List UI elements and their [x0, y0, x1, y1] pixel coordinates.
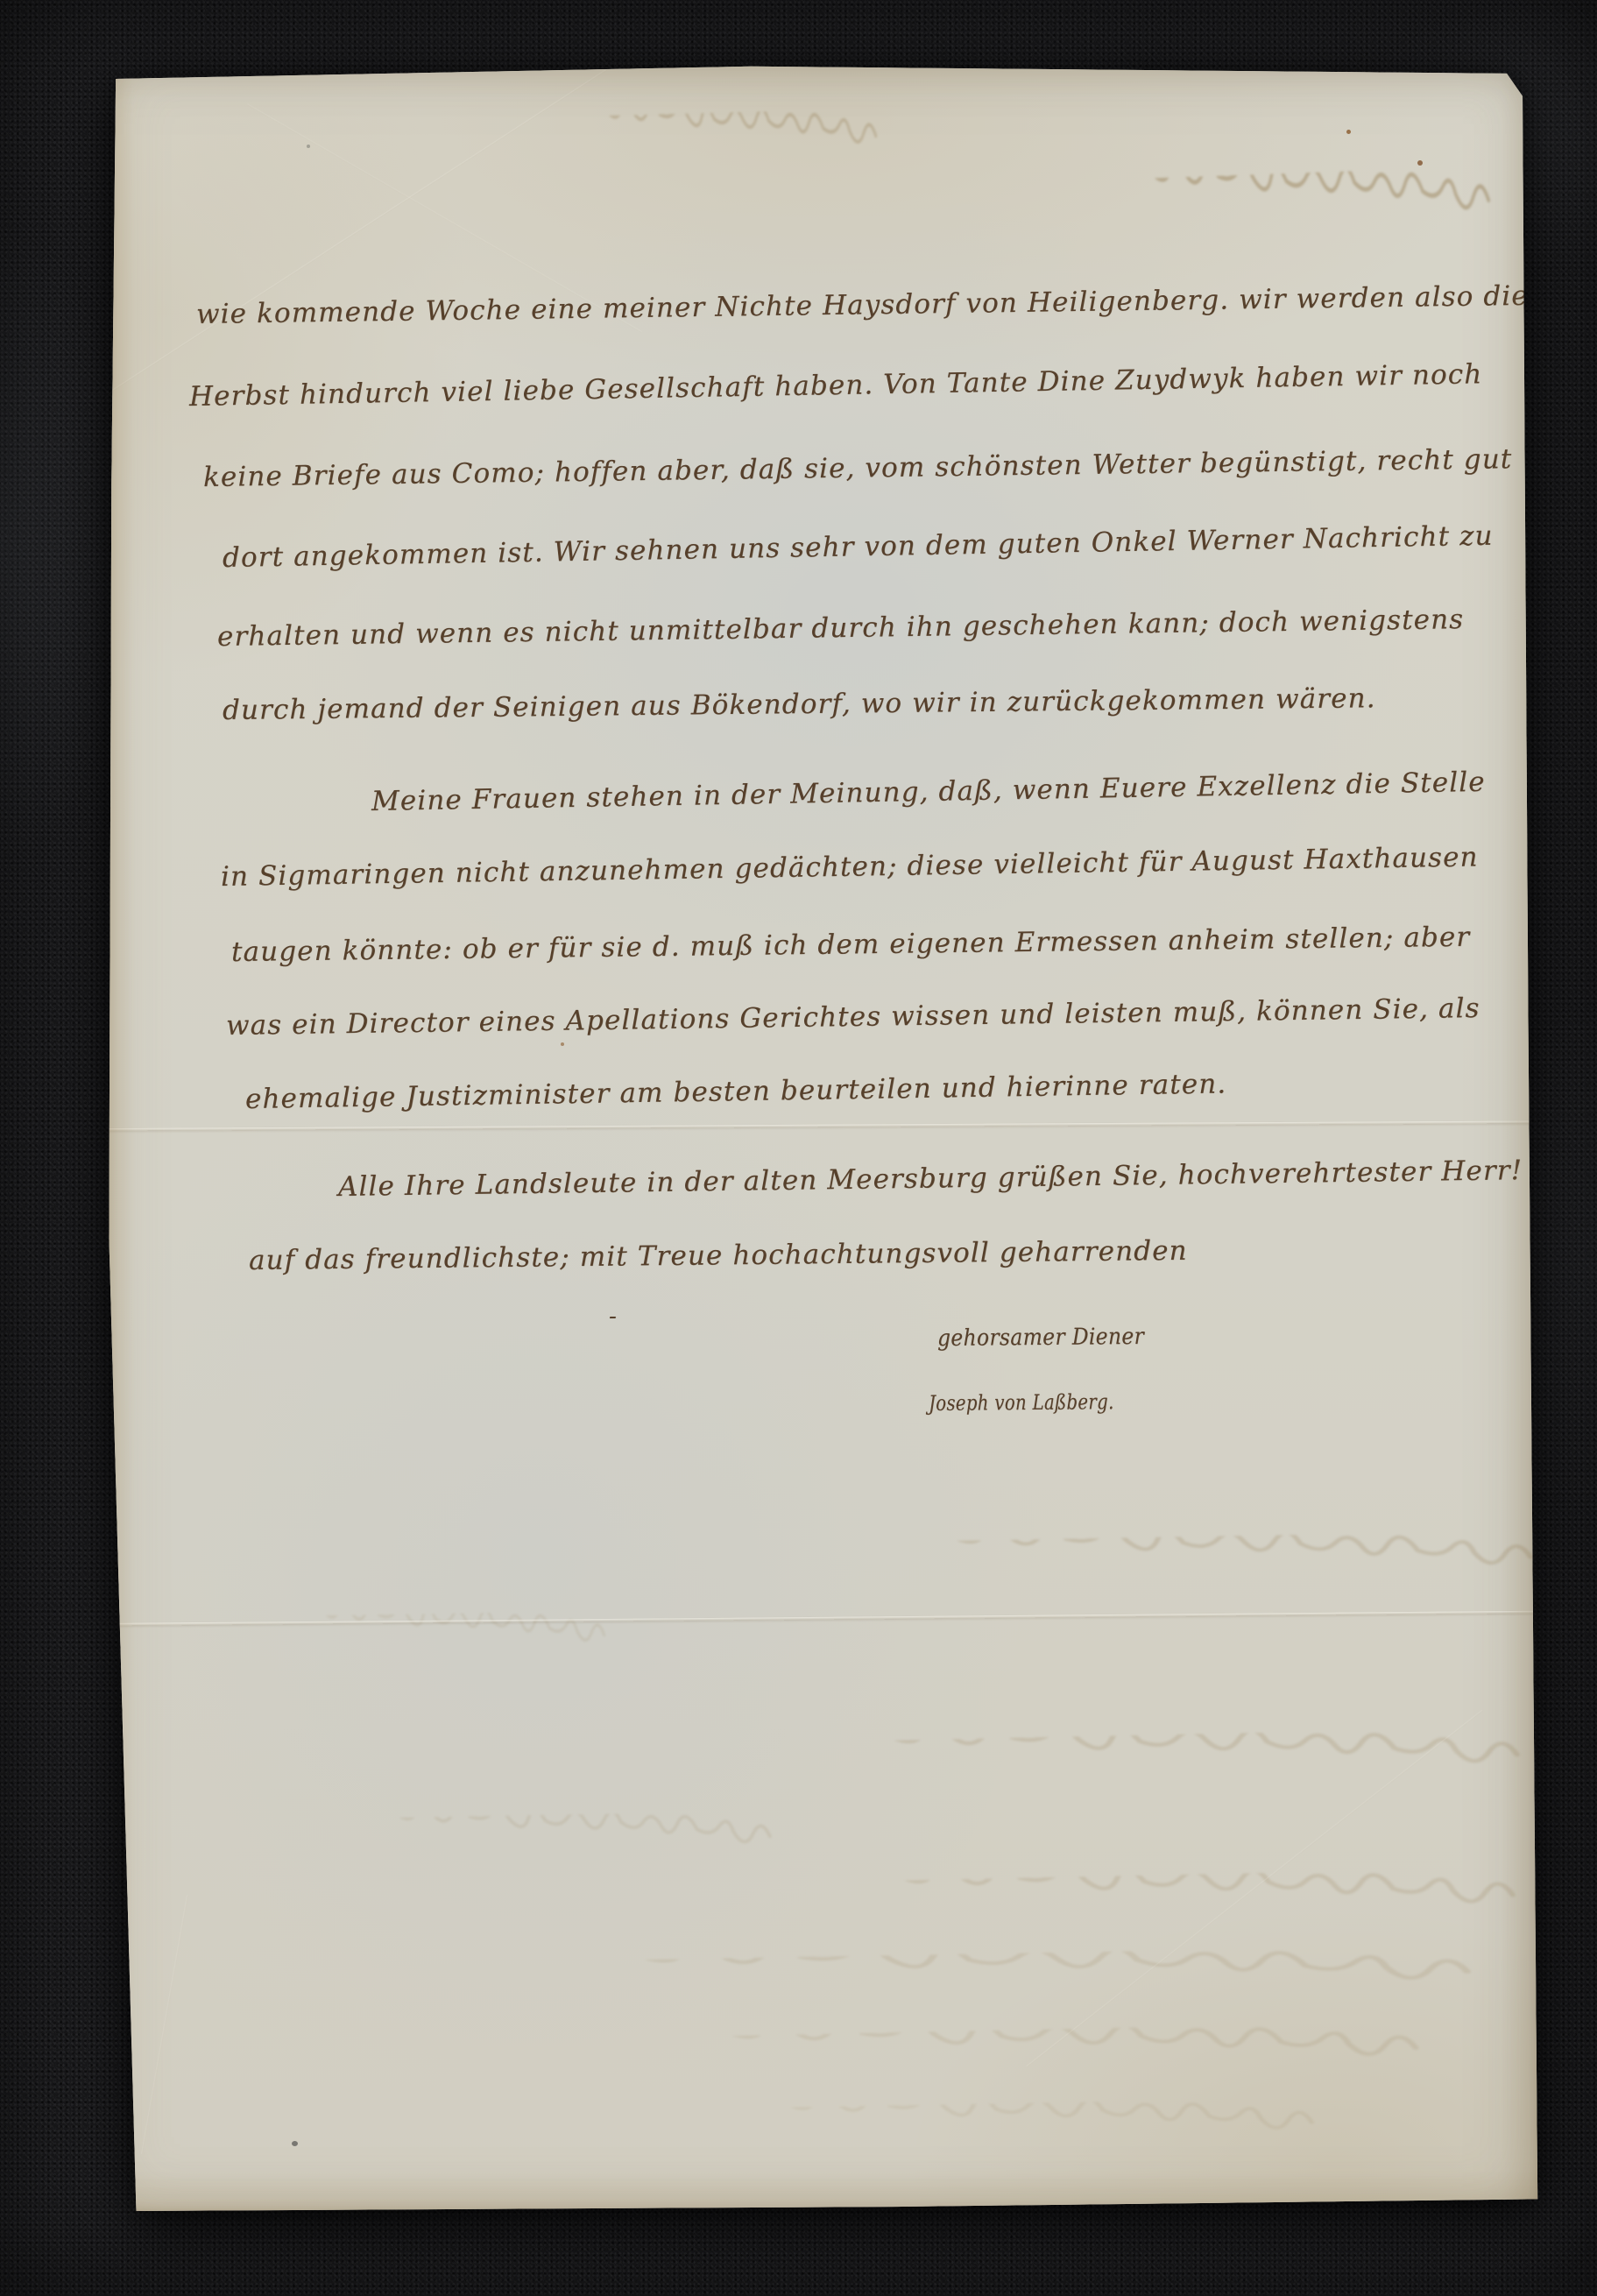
signature: Joseph von Laßberg. [929, 1391, 1114, 1414]
letter-line-6: durch jemand der Seinigen aus Bökendorf,… [223, 685, 1376, 724]
bleedthrough-line [186, 1611, 607, 1658]
fold-crease-lower [107, 1611, 1538, 1626]
letter-page: wie kommende Woche eine meiner Nichte Ha… [107, 51, 1538, 2211]
dark-fleck [292, 2141, 298, 2146]
letter-line-11: ehemalige Justizminister am besten beurt… [245, 1070, 1227, 1113]
letter-line-10: was ein Director eines Apellations Geric… [226, 995, 1480, 1040]
letter-line-4: dort angekommen ist. Wir sehnen uns sehr… [223, 523, 1494, 572]
bleedthrough-line [527, 2098, 1317, 2152]
small-rust-speck [561, 1042, 564, 1046]
bleedthrough-line [668, 1530, 1536, 1589]
letter-line-2: Herbst hindurch viel liebe Gesellschaft … [189, 361, 1483, 411]
closing-dash: - [609, 1305, 618, 1328]
letter-line-3: keine Briefe aus Como; hoffen aber, daß … [203, 446, 1513, 491]
letter-line-13: auf das freundlichste; mit Treue hochach… [249, 1238, 1188, 1275]
bleedthrough-line [230, 1946, 1474, 2011]
diagonal-crease-bottomright [1026, 1710, 1482, 2067]
letter-line-7: Meine Frauen stehen in der Meinung, daß,… [371, 769, 1486, 816]
bleedthrough-line [597, 1868, 1518, 1932]
letter-line-8: in Sigmaringen nicht anzunehmen gedächte… [221, 844, 1479, 891]
rust-speck [1346, 130, 1351, 134]
photograph-on-dark-fabric: wie kommende Woche eine meiner Nichte Ha… [0, 0, 1597, 2296]
letter-line-5: erhalten und wenn es nicht unmittelbar d… [217, 606, 1465, 651]
letter-line-12: Alle Ihre Landsleute in der alten Meersb… [338, 1157, 1523, 1201]
bleedthrough-line [387, 2022, 1422, 2088]
closing-line: gehorsamer Diener [937, 1325, 1144, 1350]
fold-crease-upper [107, 1120, 1538, 1131]
letter-line-1: wie kommende Woche eine meiner Nichte Ha… [196, 282, 1538, 329]
bleedthrough-line [474, 109, 878, 165]
letter-line-9: taugen könnte: ob er für sie d. muß ich … [231, 924, 1471, 966]
bleedthrough-line [580, 1727, 1523, 1793]
bleedthrough-line [986, 166, 1492, 240]
brown-speck [1417, 160, 1423, 166]
vertical-crease-bottomleft [141, 1895, 188, 2154]
gray-speck [307, 145, 310, 148]
bleedthrough-line [212, 1811, 774, 1862]
